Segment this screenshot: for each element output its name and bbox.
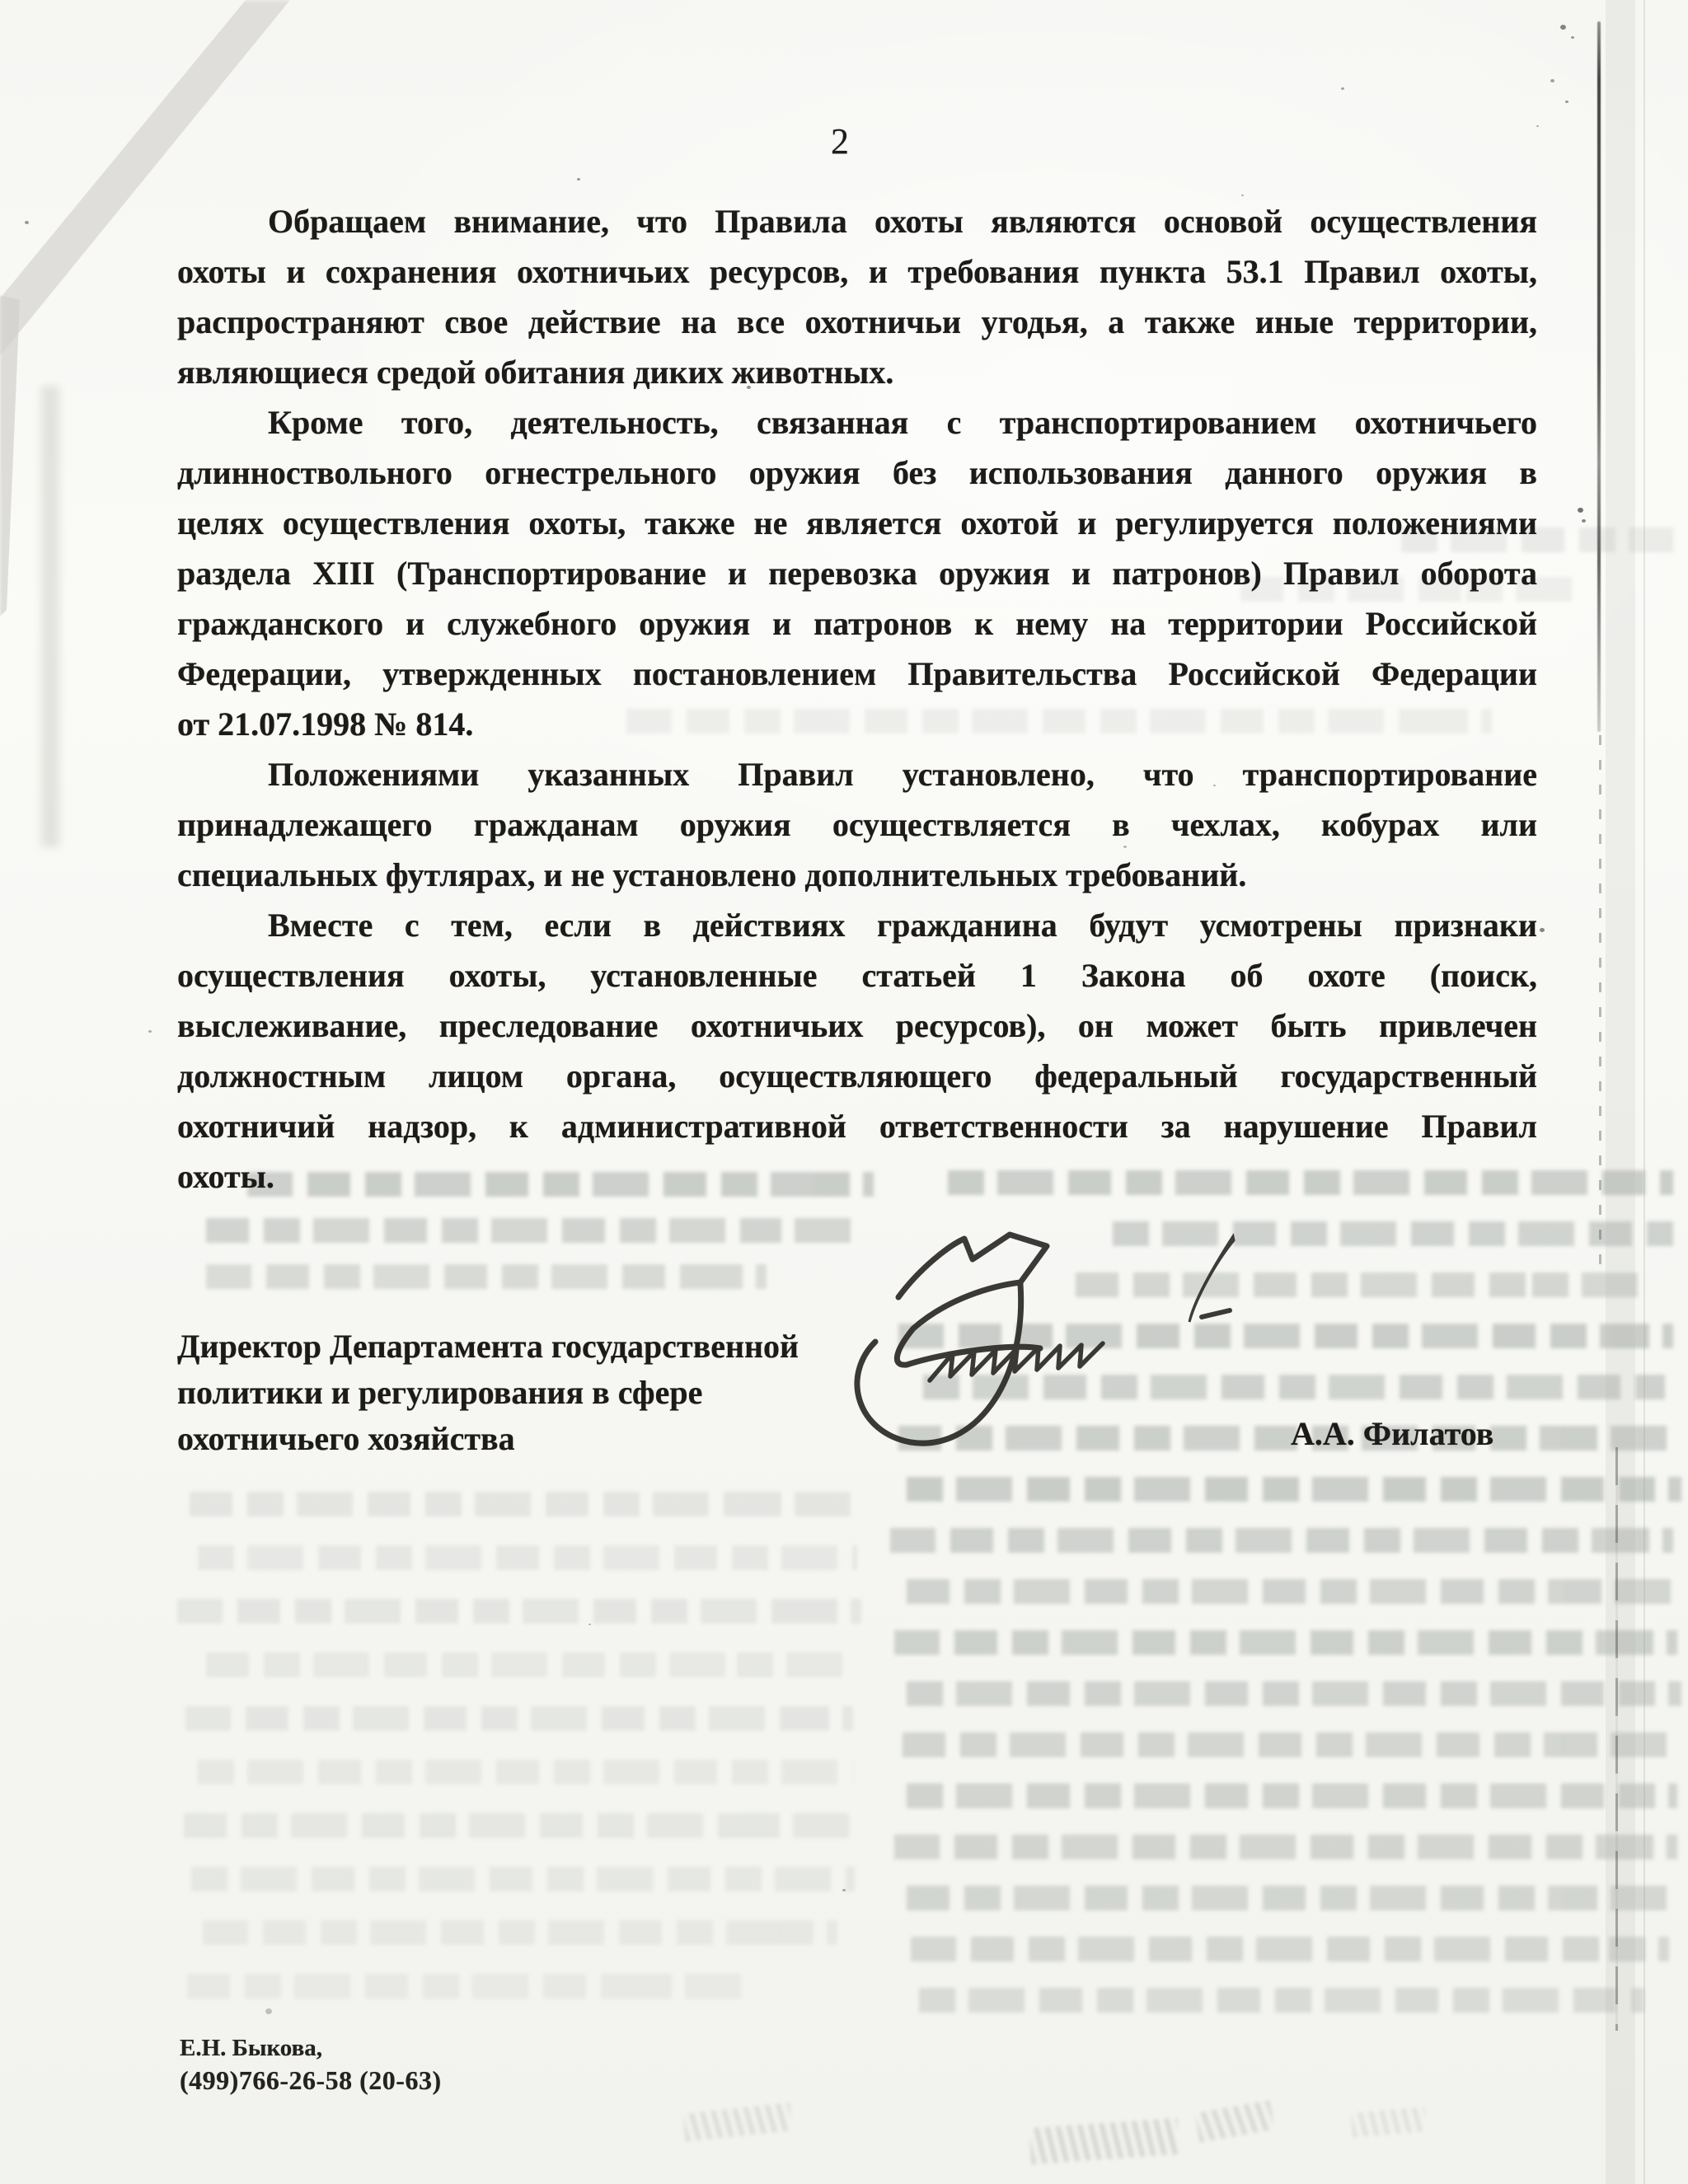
scan-line-artifact-top — [1597, 21, 1601, 732]
bleed-through-row — [919, 1988, 1644, 2013]
body-line: Федерации, утвержденных постановлением П… — [177, 649, 1537, 699]
body-line: Обращаем внимание, что Правила охоты явл… — [177, 196, 1537, 246]
bleed-through-row — [894, 1835, 1677, 1859]
bleed-through-row — [894, 1630, 1677, 1655]
left-scan-streak — [41, 386, 59, 847]
bleed-through-row — [890, 1528, 1673, 1553]
right-edge-line — [1643, 0, 1645, 2184]
signer-title-line: Директор Департамента государственной — [177, 1324, 919, 1370]
bleed-through-row — [202, 1218, 861, 1243]
bleed-through-row — [180, 1813, 860, 1838]
scan-speckle — [577, 178, 580, 180]
executor-name: Е.Н. Быкова, — [180, 2032, 442, 2064]
scan-speckle — [1536, 125, 1539, 127]
body-line: распространяют свое действие на все охот… — [177, 297, 1537, 347]
bleed-through-row — [203, 1920, 837, 1945]
body-line: являющиеся средой обитания диких животны… — [177, 347, 1537, 397]
body-line: выслеживание, преследование охотничьих р… — [177, 1001, 1537, 1051]
body-line: гражданского и служебного оружия и патро… — [177, 598, 1537, 649]
body-line: осуществления охоты, установленные стать… — [177, 950, 1537, 1001]
scan-speckle — [1565, 101, 1568, 103]
bleed-through-row — [907, 1681, 1681, 1706]
signer-title-line: охотничьего хозяйства — [177, 1416, 919, 1462]
bleed-through-row — [185, 1706, 853, 1731]
executor-contact: Е.Н. Быкова, (499)766-26-58 (20-63) — [180, 2032, 442, 2097]
pencil-smudge — [1351, 2107, 1427, 2138]
bleed-through-row — [185, 1492, 861, 1516]
bleed-through-row — [191, 1867, 855, 1891]
bleed-through-row — [903, 1886, 1677, 1910]
signature-autograph — [841, 1212, 1253, 1475]
signer-title-line: политики и регулирования в сфере — [177, 1370, 919, 1416]
scan-speckle — [588, 1624, 591, 1625]
bleed-through-row — [907, 1477, 1681, 1502]
signer-title: Директор Департамента государственной по… — [177, 1324, 919, 1462]
letter-body: Обращаем внимание, что Правила охоты явл… — [177, 196, 1537, 1202]
bleed-through-row — [183, 1974, 752, 1999]
body-line: охотничий надзор, к административной отв… — [177, 1101, 1537, 1151]
scan-speckle — [148, 1030, 152, 1033]
page-number: 2 — [831, 120, 849, 162]
body-line: Вместе с тем, если в действиях гражданин… — [177, 900, 1537, 950]
body-line: длинноствольного огнестрельного оружия б… — [177, 448, 1537, 498]
document-page: 2 Обращаем внимание, что Правила охоты я… — [0, 0, 1688, 2184]
scan-line-artifact-middle — [1599, 735, 1601, 1279]
scan-speckle — [265, 2008, 272, 2014]
bleed-through-row — [198, 1760, 853, 1784]
scan-speckle — [1560, 25, 1566, 30]
bleed-through-row — [177, 1599, 861, 1624]
scan-speckle — [1540, 928, 1545, 932]
left-edge-shadow — [0, 295, 21, 616]
body-line: должностным лицом органа, осуществляющег… — [177, 1051, 1537, 1101]
body-line: Кроме того, деятельность, связанная с тр… — [177, 397, 1537, 448]
bleed-through-row — [898, 1732, 1677, 1757]
bleed-through-row — [198, 1545, 857, 1570]
scan-speckle — [1571, 36, 1574, 39]
pencil-smudge — [1195, 2100, 1275, 2142]
executor-phone: (499)766-26-58 (20-63) — [180, 2064, 442, 2097]
bleed-through-row — [903, 1579, 1681, 1604]
body-line: Положениями указанных Правил установлено… — [177, 749, 1537, 799]
scan-speckle — [1578, 508, 1583, 513]
scan-speckle — [1341, 87, 1344, 90]
bleed-through-row — [907, 1783, 1677, 1808]
scan-speckle — [1550, 79, 1554, 82]
bleed-through-row — [911, 1937, 1669, 1961]
pencil-smudge — [1029, 2118, 1180, 2164]
body-line: раздела XIII (Транспортирование и перево… — [177, 548, 1537, 598]
body-line: охоты и сохранения охотничьих ресурсов, … — [177, 246, 1537, 297]
body-line: принадлежащего гражданам оружия осуществ… — [177, 799, 1537, 850]
pencil-smudge — [683, 2102, 793, 2141]
body-line: охоты. — [177, 1151, 1537, 1202]
scan-speckle — [1582, 519, 1586, 523]
bleed-through-row — [202, 1652, 853, 1677]
scan-speckle — [25, 221, 29, 224]
body-line: специальных футлярах, и не установлено д… — [177, 850, 1537, 900]
bleed-through-row — [206, 1264, 767, 1289]
body-line: от 21.07.1998 № 814. — [177, 699, 1537, 749]
body-line: целях осуществления охоты, также не явля… — [177, 498, 1537, 548]
scan-speckle — [842, 1889, 846, 1891]
signer-name: А.А. Филатов — [1291, 1414, 1493, 1453]
right-edge-shade — [1606, 0, 1635, 2184]
